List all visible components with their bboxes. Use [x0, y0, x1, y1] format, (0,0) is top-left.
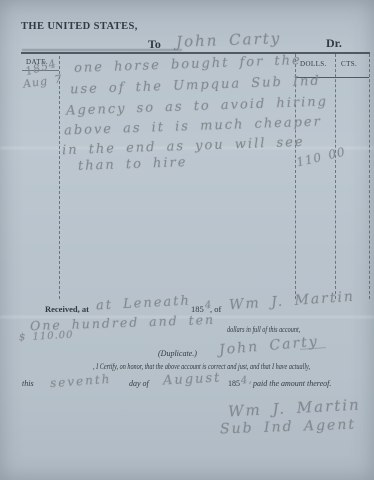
certify-year-printed: 185	[228, 379, 240, 388]
top-rule-shadow	[22, 49, 182, 51]
table-top-rule	[21, 52, 370, 54]
entry-line: one horse bought for the	[74, 53, 302, 76]
duplicate-label: (Duplicate.)	[158, 349, 197, 358]
certify-day-of-label: day of	[129, 379, 149, 388]
table-column-divider	[335, 54, 336, 299]
entry-line: use of the Umpqua Sub Ind	[70, 74, 321, 98]
payee-signature: John Carty	[218, 334, 319, 359]
received-place: at Leneath	[96, 294, 192, 314]
certify-this-label: this	[22, 379, 34, 388]
certify-year-digit: 4,	[240, 374, 253, 386]
received-label: Received, at	[45, 304, 89, 314]
certify-day-word: seventh	[50, 372, 112, 390]
dolls-column-header: DOLLS.	[300, 60, 327, 68]
payee-name: John Carty	[176, 29, 282, 51]
table-right-border	[369, 54, 370, 299]
dr-label: Dr.	[326, 36, 342, 51]
cts-column-header: CTS.	[341, 60, 357, 68]
agent-title: Sub Ind Agent	[220, 417, 356, 438]
certify-month: August	[163, 370, 222, 388]
table-column-divider	[295, 54, 296, 299]
voucher-document: THE UNITED STATES, To John Carty Dr. DAT…	[0, 0, 374, 480]
certify-paid-label: paid the amount thereof.	[253, 379, 331, 388]
payer-name: Wm J. Martin	[229, 289, 356, 314]
amount-in-figures: $ 110.00	[19, 330, 74, 344]
entry-line: than to hire	[78, 155, 188, 174]
certify-text: , I Certify, on honor, that the above ac…	[93, 361, 310, 371]
dollars-label: dollars in full of this account,	[227, 324, 300, 334]
table-column-divider	[59, 56, 60, 299]
creditor-title: THE UNITED STATES,	[21, 21, 138, 32]
